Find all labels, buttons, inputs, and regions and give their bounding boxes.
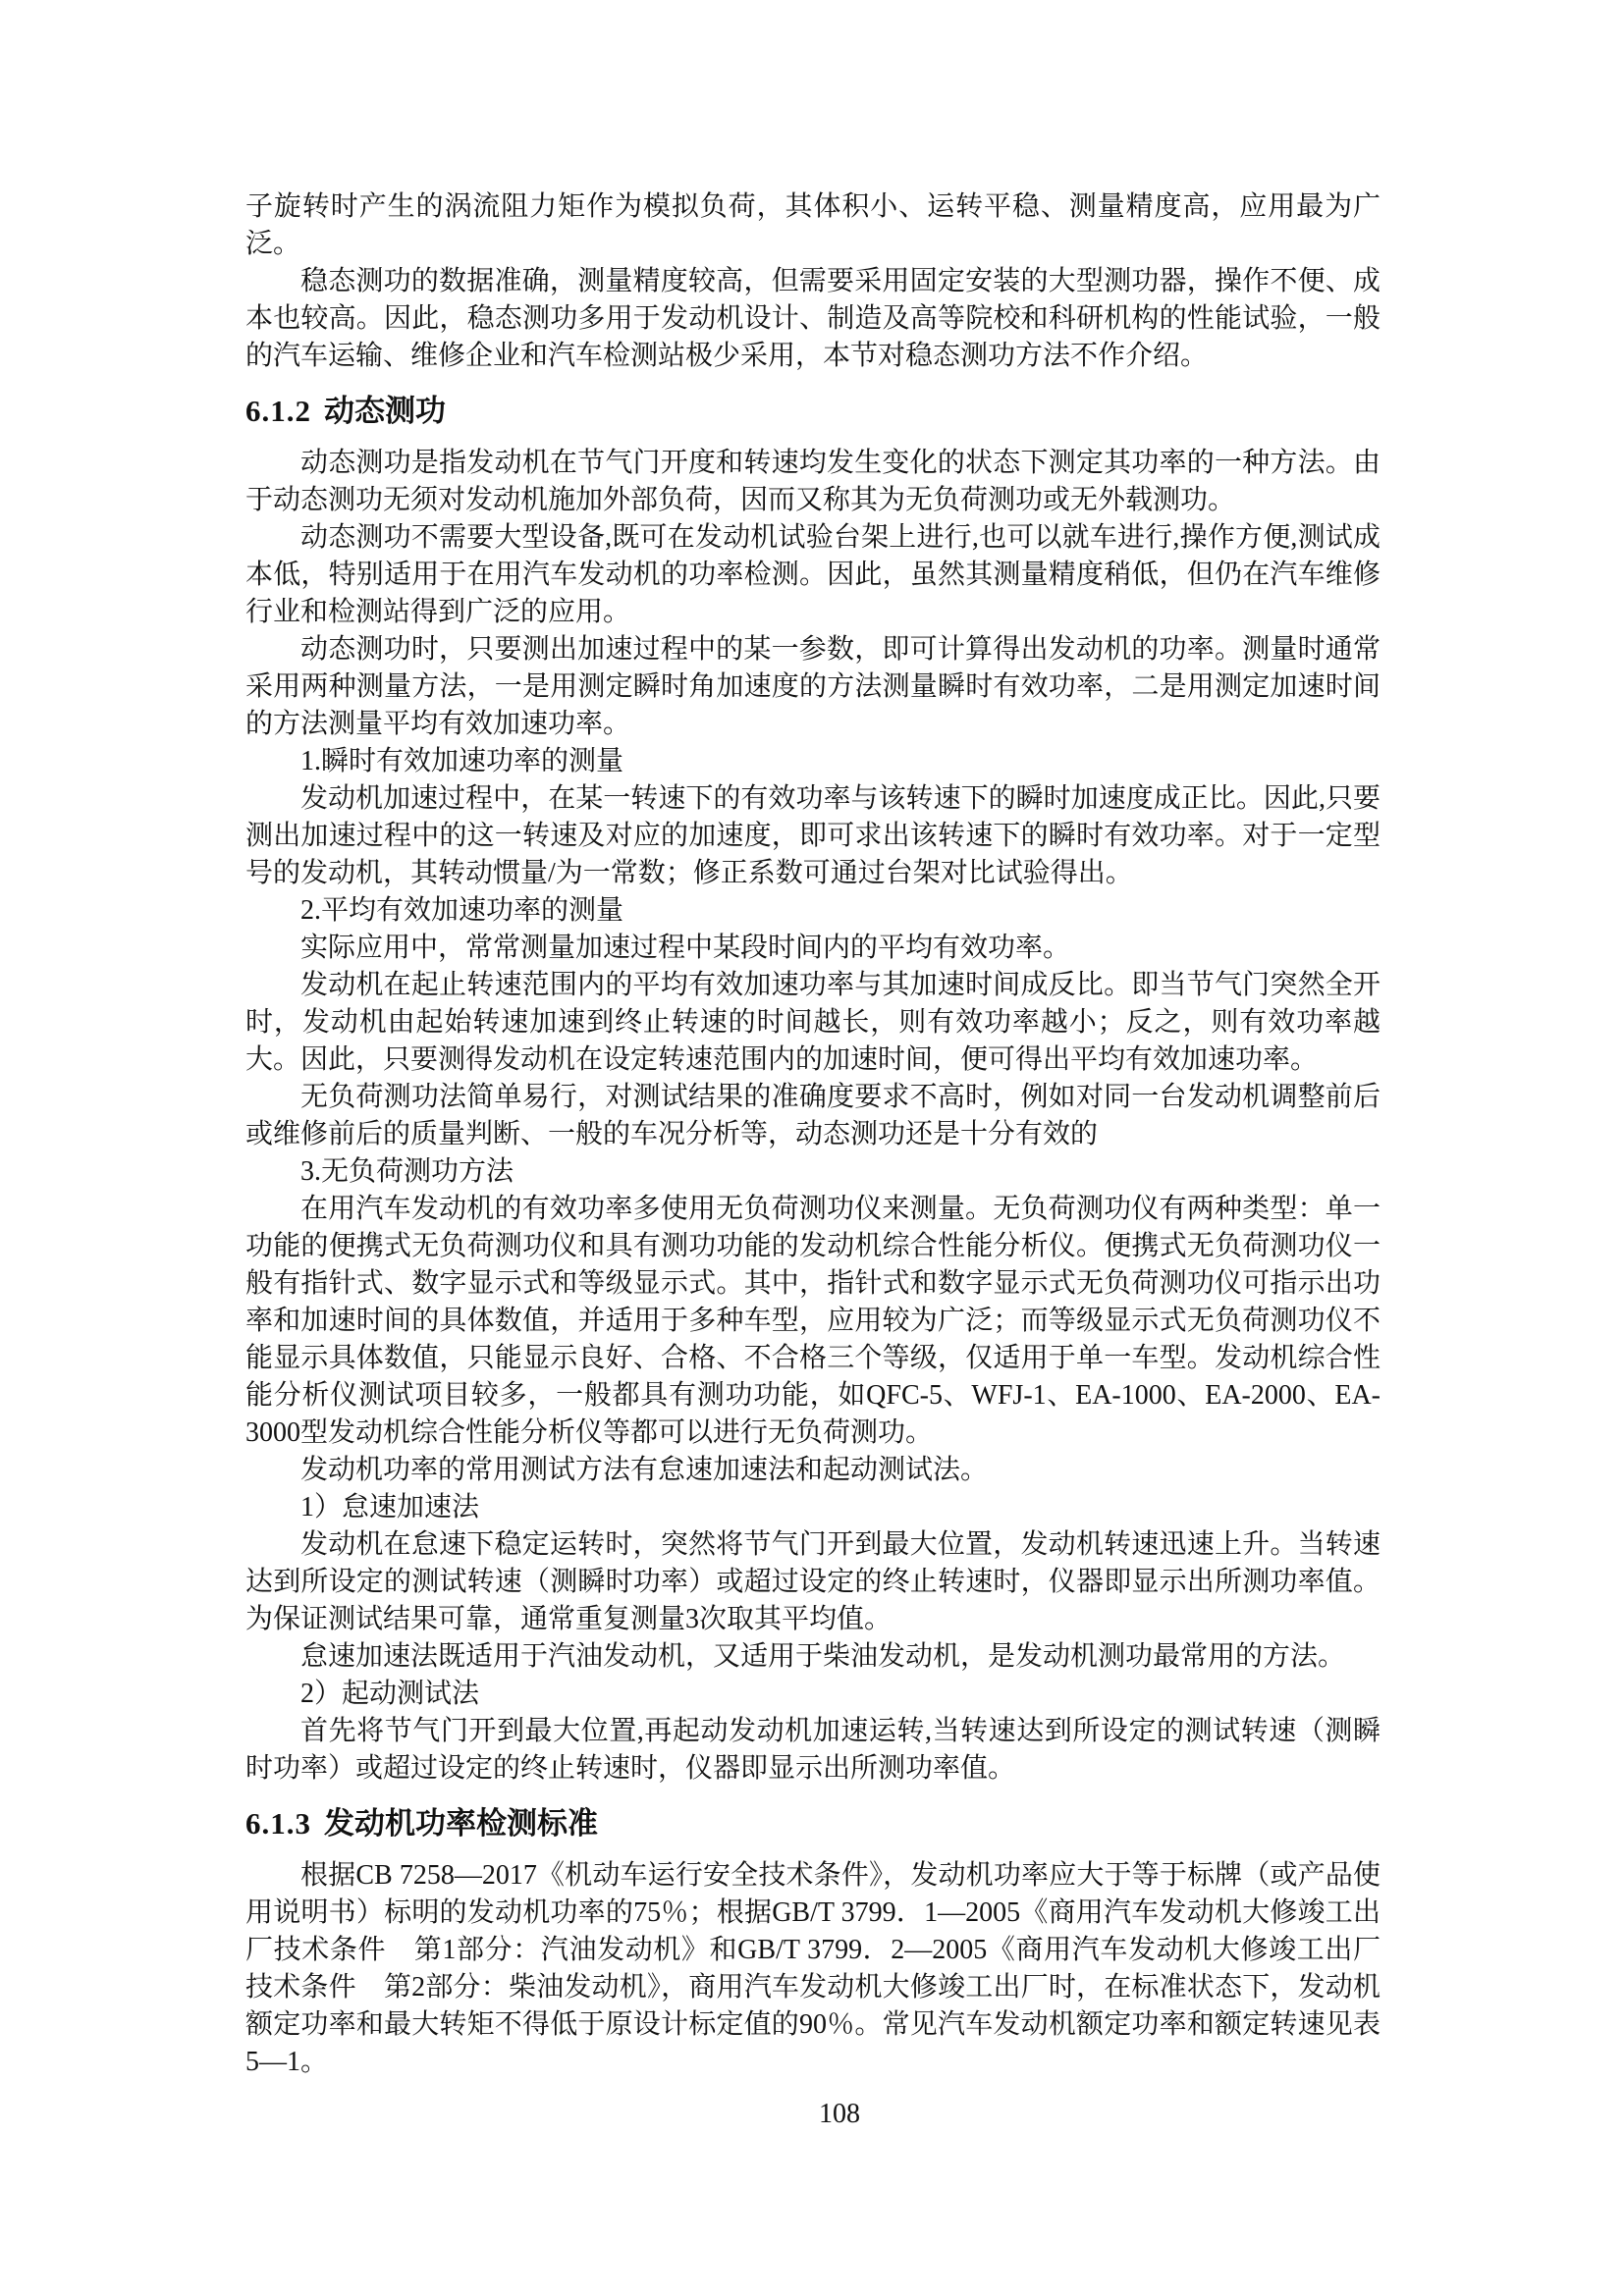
paragraph: 发动机在起止转速范围内的平均有效加速功率与其加速时间成反比。即当节气门突然全开时…: [245, 967, 1380, 1079]
paragraph: 在用汽车发动机的有效功率多使用无负荷测功仪来测量。无负荷测功仪有两种类型：单一功…: [245, 1191, 1380, 1452]
paragraph: 实际应用中，常常测量加速过程中某段时间内的平均有效功率。: [245, 930, 1380, 967]
sub-item: 1）怠速加速法: [245, 1489, 1380, 1526]
sub-item: 2）起动测试法: [245, 1676, 1380, 1713]
paragraph: 无负荷测功法简单易行，对测试结果的准确度要求不高时，例如对同一台发动机调整前后或…: [245, 1079, 1380, 1153]
paragraph: 怠速加速法既适用于汽油发动机，又适用于柴油发动机，是发动机测功最常用的方法。: [245, 1638, 1380, 1676]
section-heading: 6.1.2动态测功: [245, 391, 1380, 432]
paragraph-continuation: 子旋转时产生的涡流阻力矩作为模拟负荷，其体积小、运转平稳、测量精度高，应用最为广…: [245, 188, 1380, 263]
sub-item: 2.平均有效加速功率的测量: [245, 892, 1380, 930]
section-title: 发动机功率检测标准: [324, 1806, 598, 1841]
sub-item: 1.瞬时有效加速功率的测量: [245, 743, 1380, 780]
paragraph: 发动机功率的常用测试方法有怠速加速法和起动测试法。: [245, 1452, 1380, 1489]
paragraph: 根据CB 7258—2017《机动车运行安全技术条件》，发动机功率应大于等于标牌…: [245, 1857, 1380, 2081]
text-column: 子旋转时产生的涡流阻力矩作为模拟负荷，其体积小、运转平稳、测量精度高，应用最为广…: [245, 188, 1380, 2081]
section-number: 6.1.2: [245, 394, 311, 428]
page-footer: 108: [0, 2099, 1624, 2130]
paragraph: 动态测功不需要大型设备,既可在发动机试验台架上进行,也可以就车进行,操作方便,测…: [245, 519, 1380, 631]
paragraph: 首先将节气门开到最大位置,再起动发动机加速运转,当转速达到所设定的测试转速（测瞬…: [245, 1713, 1380, 1788]
paragraph: 发动机在怠速下稳定运转时，突然将节气门开到最大位置，发动机转速迅速上升。当转速达…: [245, 1526, 1380, 1638]
paragraph: 发动机加速过程中，在某一转速下的有效功率与该转速下的瞬时加速度成正比。因此,只要…: [245, 780, 1380, 892]
paragraph: 动态测功是指发动机在节气门开度和转速均发生变化的状态下测定其功率的一种方法。由于…: [245, 445, 1380, 519]
document-page: 子旋转时产生的涡流阻力矩作为模拟负荷，其体积小、运转平稳、测量精度高，应用最为广…: [0, 0, 1624, 2296]
section-title: 动态测功: [324, 394, 446, 428]
sub-item: 3.无负荷测功方法: [245, 1153, 1380, 1191]
section-number: 6.1.3: [245, 1806, 311, 1841]
section-heading: 6.1.3发动机功率检测标准: [245, 1803, 1380, 1844]
page-number: 108: [819, 2099, 860, 2130]
paragraph: 动态测功时，只要测出加速过程中的某一参数，即可计算得出发动机的功率。测量时通常采…: [245, 631, 1380, 743]
paragraph: 稳态测功的数据准确，测量精度较高，但需要采用固定安装的大型测功器，操作不便、成本…: [245, 263, 1380, 375]
